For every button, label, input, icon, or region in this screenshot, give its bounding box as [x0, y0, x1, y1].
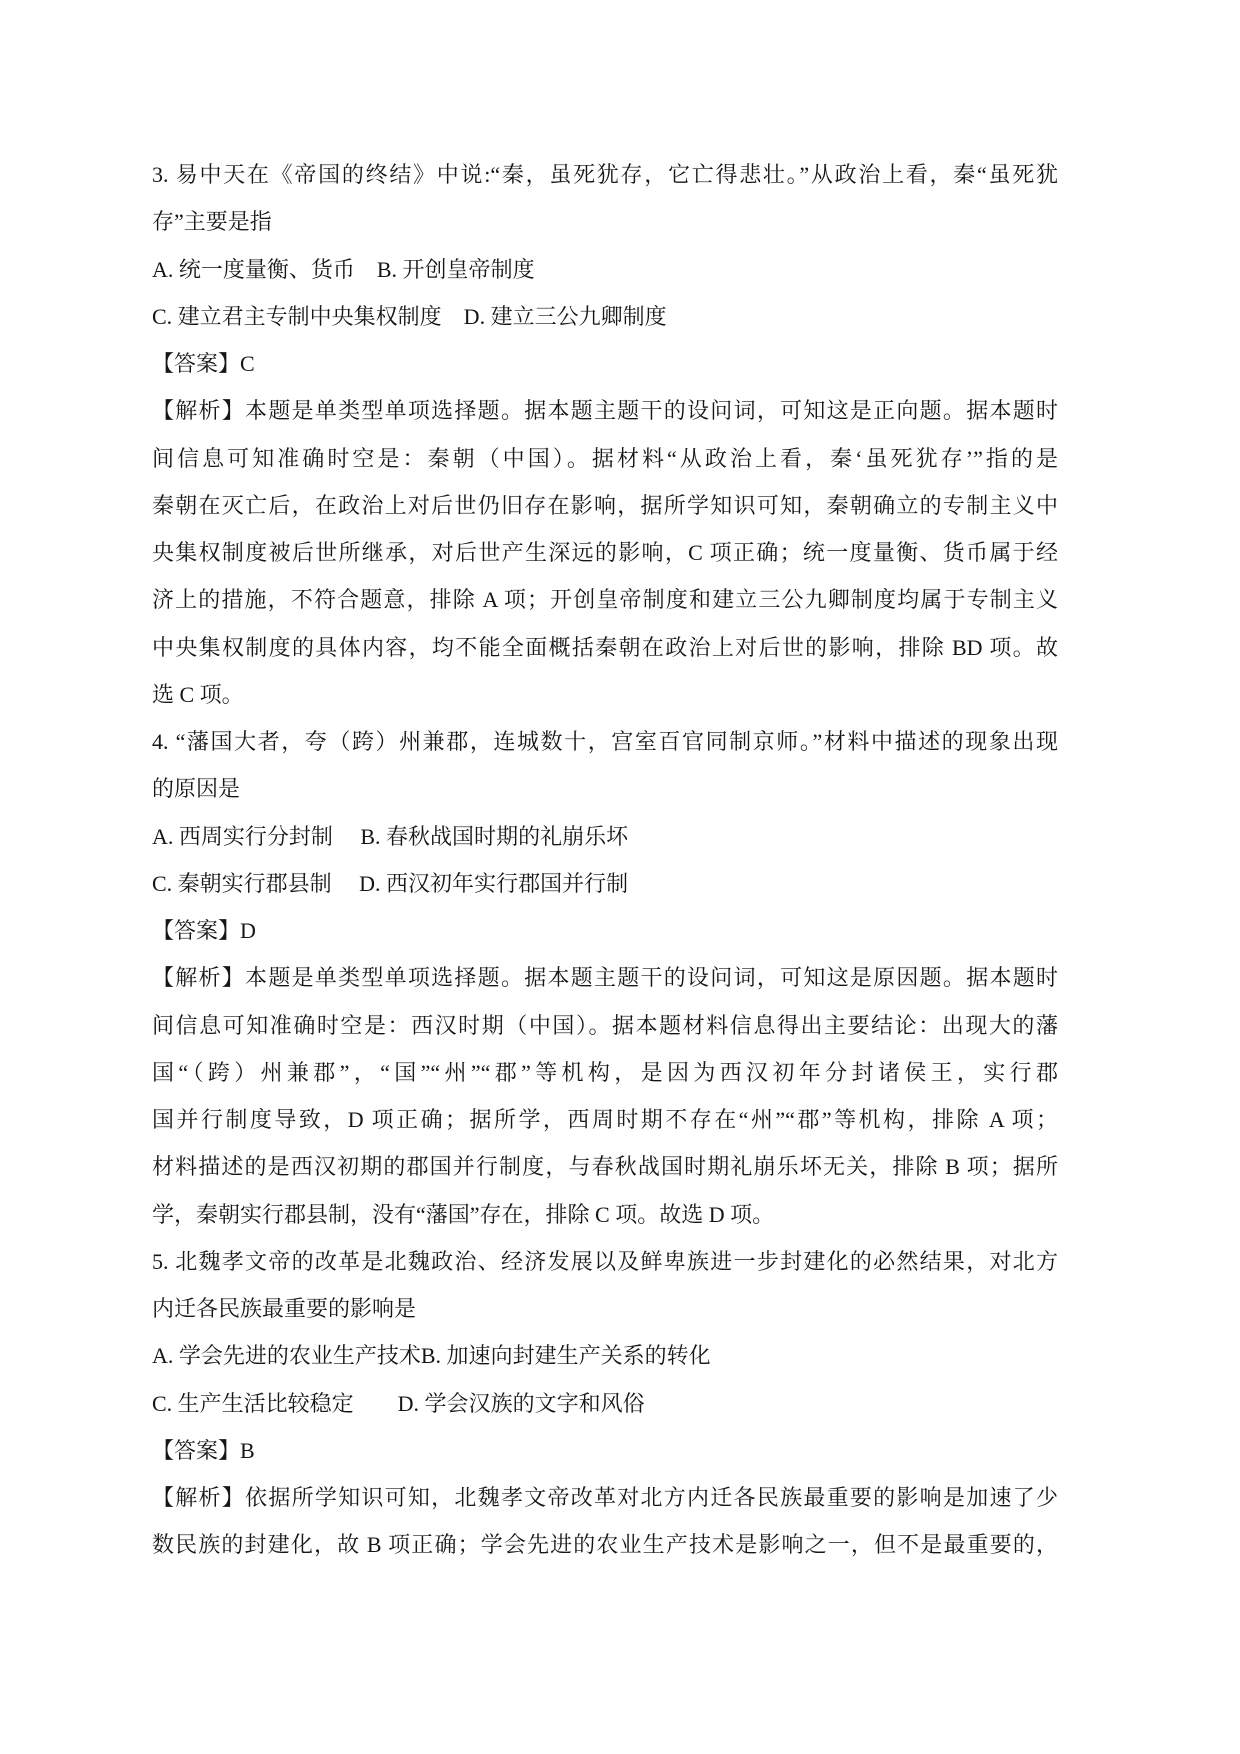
question-5-line-6: 【解析】依据所学知识可知，北魏孝文帝改革对北方内迁各民族最重要的影响是加速了少 — [152, 1474, 1058, 1521]
question-5-line-7: 数民族的封建化，故 B 项正确；学会先进的农业生产技术是影响之一，但不是最重要的… — [152, 1521, 1058, 1568]
document-body: 3. 易中天在《帝国的终结》中说:“秦，虽死犹存，它亡得悲壮。”从政治上看，秦“… — [152, 151, 1058, 1569]
question-3-line-5: 【答案】C — [152, 340, 1058, 387]
question-4-line-8: 国“（跨）州兼郡”，“国”“州”“郡”等机构，是因为西汉初年分封诸侯王，实行郡 — [152, 1049, 1058, 1096]
question-5-line-5: 【答案】B — [152, 1427, 1058, 1474]
question-3-line-8: 秦朝在灭亡后，在政治上对后世仍旧存在影响，据所学知识可知，秦朝确立的专制主义中 — [152, 482, 1058, 529]
question-3-line-6: 【解析】本题是单类型单项选择题。据本题主题干的设问词，可知这是正向题。据本题时 — [152, 387, 1058, 434]
question-4-line-10: 材料描述的是西汉初期的郡国并行制度，与春秋战国时期礼崩乐坏无关，排除 B 项；据… — [152, 1143, 1058, 1190]
question-4-line-5: 【答案】D — [152, 907, 1058, 954]
question-4-line-7: 间信息可知准确时空是：西汉时期（中国）。据本题材料信息得出主要结论：出现大的藩 — [152, 1002, 1058, 1049]
question-3-line-1: 3. 易中天在《帝国的终结》中说:“秦，虽死犹存，它亡得悲壮。”从政治上看，秦“… — [152, 151, 1058, 198]
question-5-line-4: C. 生产生活比较稳定 D. 学会汉族的文字和风俗 — [152, 1380, 1058, 1427]
question-4-line-4: C. 秦朝实行郡县制 D. 西汉初年实行郡国并行制 — [152, 860, 1058, 907]
question-3-line-4: C. 建立君主专制中央集权制度 D. 建立三公九卿制度 — [152, 293, 1058, 340]
question-3-line-12: 选 C 项。 — [152, 671, 1058, 718]
question-4-line-11: 学，秦朝实行郡县制，没有“藩国”存在，排除 C 项。故选 D 项。 — [152, 1191, 1058, 1238]
question-3-line-11: 中央集权制度的具体内容，均不能全面概括秦朝在政治上对后世的影响，排除 BD 项。… — [152, 624, 1058, 671]
question-3-line-9: 央集权制度被后世所继承，对后世产生深远的影响，C 项正确；统一度量衡、货币属于经 — [152, 529, 1058, 576]
question-4-line-9: 国并行制度导致，D 项正确；据所学，西周时期不存在“州”“郡”等机构，排除 A … — [152, 1096, 1058, 1143]
page: 3. 易中天在《帝国的终结》中说:“秦，虽死犹存，它亡得悲壮。”从政治上看，秦“… — [0, 0, 1240, 1754]
question-4-line-1: 4. “藩国大者，夸（跨）州兼郡，连城数十，宫室百官同制京师。”材料中描述的现象… — [152, 718, 1058, 765]
question-3-line-7: 间信息可知准确时空是：秦朝（中国）。据材料“从政治上看，秦‘虽死犹存’”指的是 — [152, 435, 1058, 482]
question-3-line-3: A. 统一度量衡、货币 B. 开创皇帝制度 — [152, 246, 1058, 293]
question-3-line-10: 济上的措施，不符合题意，排除 A 项；开创皇帝制度和建立三公九卿制度均属于专制主… — [152, 576, 1058, 623]
question-4-line-3: A. 西周实行分封制 B. 春秋战国时期的礼崩乐坏 — [152, 813, 1058, 860]
question-5-line-2: 内迁各民族最重要的影响是 — [152, 1285, 1058, 1332]
question-4-line-2: 的原因是 — [152, 765, 1058, 812]
question-4-line-6: 【解析】本题是单类型单项选择题。据本题主题干的设问词，可知这是原因题。据本题时 — [152, 954, 1058, 1001]
question-3-line-2: 存”主要是指 — [152, 198, 1058, 245]
question-5-line-3: A. 学会先进的农业生产技术B. 加速向封建生产关系的转化 — [152, 1332, 1058, 1379]
question-5-line-1: 5. 北魏孝文帝的改革是北魏政治、经济发展以及鲜卑族进一步封建化的必然结果，对北… — [152, 1238, 1058, 1285]
